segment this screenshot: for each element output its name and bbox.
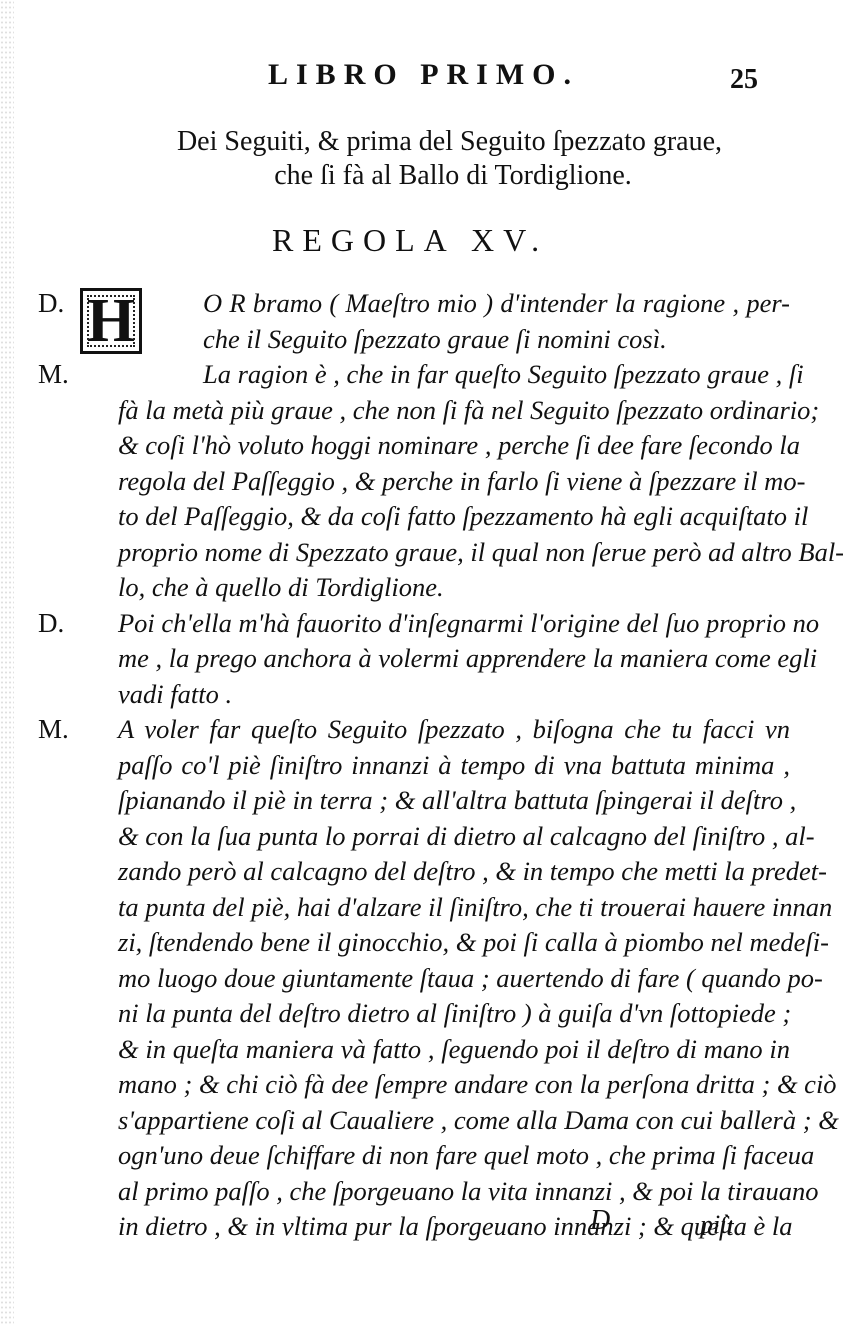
text-line: ta punta del piè, hai d'alzare il ſiniſt…	[78, 890, 790, 926]
chapter-title: Dei Seguiti, & prima del Seguito ſpezzat…	[0, 125, 854, 193]
speaker-label: D.	[38, 606, 64, 642]
text-line: & in queſta maniera và fatto , ſeguendo …	[78, 1032, 790, 1068]
text-line: in dietro , & in vltima pur la ſporgeuan…	[78, 1209, 790, 1245]
text-line: ogn'uno deue ſchiffare di non fare quel …	[78, 1138, 790, 1174]
signature-mark: D	[590, 1205, 610, 1237]
text-line: M. La ragion è , che in far queſto Segui…	[78, 357, 790, 393]
chapter-title-line-1: Dei Seguiti, & prima del Seguito ſpezzat…	[0, 125, 854, 159]
text-line: & coſi l'hò voluto hoggi nominare , perc…	[78, 428, 790, 464]
catchword: più	[700, 1210, 733, 1240]
dialogue-body: D. O R bramo ( Maeſtro mio ) d'intender …	[78, 286, 790, 1245]
text-line: al primo paſſo , che ſporgeuano la vita …	[78, 1174, 790, 1210]
speaker-label: M.	[38, 357, 69, 393]
text-line: me , la prego anchora à volermi apprende…	[78, 641, 790, 677]
text-line: lo, che à quello di Tordiglione.	[78, 570, 790, 606]
text-line: zando però al calcagno del deſtro , & in…	[78, 854, 790, 890]
rule-heading: REGOLA XV.	[272, 222, 548, 259]
text-line: ſpianando il piè in terra ; & all'altra …	[78, 783, 790, 819]
running-head: LIBRO PRIMO.	[268, 58, 579, 92]
text-line: mo luogo doue giuntamente ſtaua ; auerte…	[78, 961, 790, 997]
text-line: regola del Paſſeggio , & perche in farlo…	[78, 464, 790, 500]
text-line: paſſo co'l piè ſiniſtro innanzi à tempo …	[78, 748, 790, 784]
text-line: D. Poi ch'ella m'hà fauorito d'inſegnarm…	[78, 606, 790, 642]
text-line: s'appartiene coſi al Caualiere , come al…	[78, 1103, 790, 1139]
text-line: fà la metà più graue , che non ſi fà nel…	[78, 393, 790, 429]
text-line: to del Paſſeggio, & da coſi fatto ſpezza…	[78, 499, 790, 535]
text-line: vadi fatto .	[78, 677, 790, 713]
scan-edge-noise	[0, 0, 14, 1325]
speaker-label: M.	[38, 712, 69, 748]
text-line: ni la punta del deſtro dietro al ſiniſtr…	[78, 996, 790, 1032]
text-line: & con la ſua punta lo porrai di dietro a…	[78, 819, 790, 855]
text-line: che il Seguito ſpezzato graue ſi nomini …	[78, 322, 790, 358]
text-line: mano ; & chi ciò fà dee ſempre andare co…	[78, 1067, 790, 1103]
page-number: 25	[730, 64, 758, 96]
chapter-title-line-2: che ſi fà al Ballo di Tordiglione.	[0, 159, 854, 193]
text-line: D. O R bramo ( Maeſtro mio ) d'intender …	[78, 286, 790, 322]
text-line: zi, ſtendendo bene il ginocchio, & poi ſ…	[78, 925, 790, 961]
text-line: M. A voler far queſto Seguito ſpezzato ,…	[78, 712, 790, 748]
text-line: proprio nome di Spezzato graue, il qual …	[78, 535, 790, 571]
speaker-label: D.	[38, 286, 64, 322]
